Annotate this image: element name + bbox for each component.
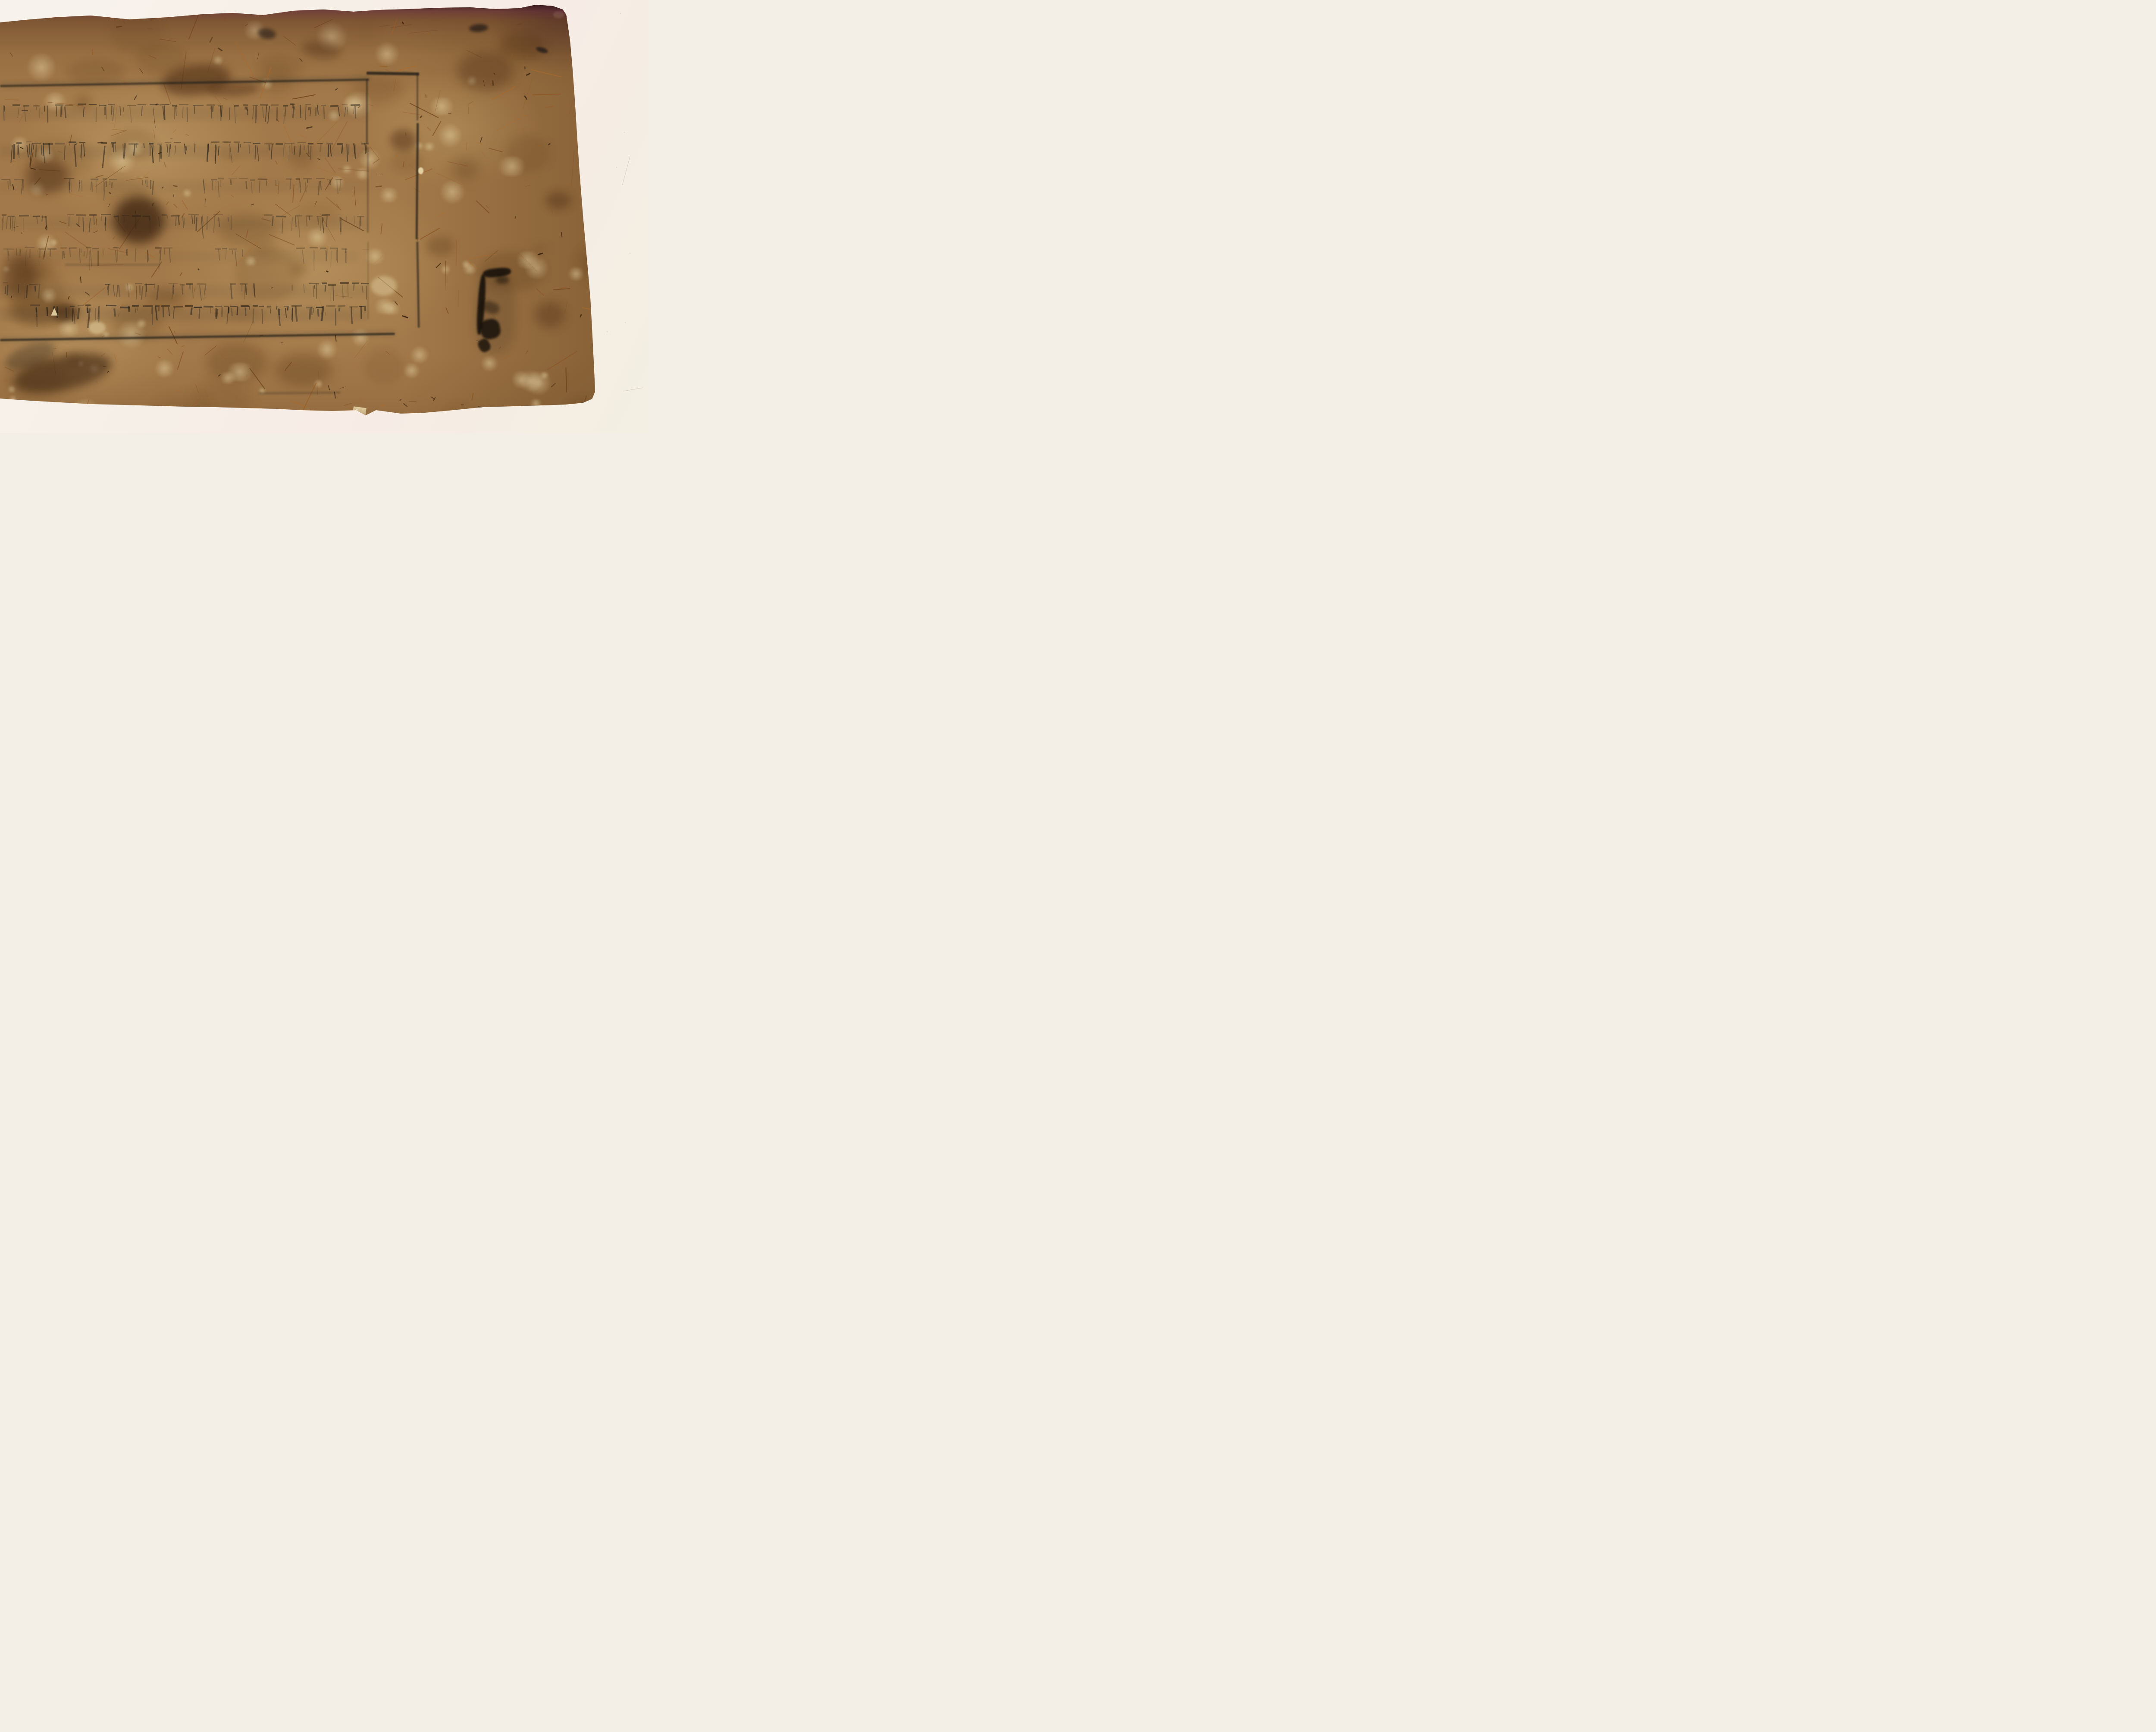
- dyed-edge-layer: [0, 0, 649, 433]
- manuscript-folio: [0, 0, 649, 433]
- manuscript-photograph: Backlit fragment of an aged fibrous manu…: [0, 0, 649, 433]
